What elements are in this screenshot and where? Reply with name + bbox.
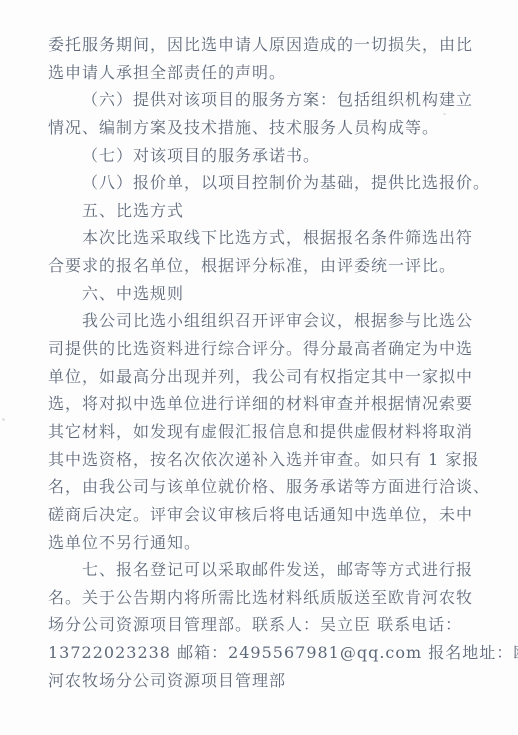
text-line-contact: 场分公司资源项目管理部。联系人：吴立臣 联系电话： — [48, 611, 474, 639]
text-line: （六）提供对该项目的服务方案：包括组织机构建立 — [48, 86, 474, 114]
text-line: 委托服务期间，因比选申请人原因造成的一切损失，由比 — [48, 31, 474, 59]
scan-artifact — [2, 418, 5, 421]
text-line: 情况、编制方案及技术措施、技术服务人员构成等。 — [48, 114, 474, 142]
text-line: 选申请人承担全部责任的声明。 — [48, 59, 474, 87]
text-line: 其它材料，如发现有虚假汇报信息和提供虚假材料将取消 — [48, 418, 474, 446]
text-line: 名，由我公司与该单位就价格、服务承诺等方面进行洽谈、 — [48, 473, 474, 501]
text-line: 合要求的报名单位，根据评分标准，由评委统一评比。 — [48, 252, 474, 280]
text-line: 选单位不另行通知。 — [48, 529, 474, 557]
text-line: 河农牧场分公司资源项目管理部 — [48, 667, 474, 695]
text-line: 七、报名登记可以采取邮件发送，邮寄等方式进行报 — [48, 556, 474, 584]
text-line: 名。关于公告期内将所需比选材料纸质版送至欧肯河农牧 — [48, 584, 474, 612]
text-line: （七）对该项目的服务承诺书。 — [48, 142, 474, 170]
text-line: 选，将对拟中选单位进行详细的材料审查并根据情况索要 — [48, 390, 474, 418]
text-line: （八）报价单，以项目控制价为基础，提供比选报价。 — [48, 169, 474, 197]
section-heading: 五、比选方式 — [48, 197, 474, 225]
text-line: 司提供的比选资料进行综合评分。得分最高者确定为中选 — [48, 335, 474, 363]
text-line-contact: 13722023238 邮箱：2495567981@qq.com 报名地址：欧肯 — [48, 639, 474, 667]
document-page: 委托服务期间，因比选申请人原因造成的一切损失，由比 选申请人承担全部责任的声明。… — [0, 0, 518, 735]
section-heading: 六、中选规则 — [48, 280, 474, 308]
text-line: 单位，如最高分出现并列，我公司有权指定其中一家拟中 — [48, 363, 474, 391]
text-line: 我公司比选小组组织召开评审会议，根据参与比选公 — [48, 307, 474, 335]
text-line: 本次比选采取线下比选方式，根据报名条件筛选出符 — [48, 224, 474, 252]
text-line: 其中选资格，按名次依次递补入选并审查。如只有 1 家报 — [48, 446, 474, 474]
document-text-block: 委托服务期间，因比选申请人原因造成的一切损失，由比 选申请人承担全部责任的声明。… — [48, 31, 474, 694]
scan-artifact — [443, 113, 446, 115]
text-line: 磋商后决定。评审会议审核后将电话通知中选单位，未中 — [48, 501, 474, 529]
